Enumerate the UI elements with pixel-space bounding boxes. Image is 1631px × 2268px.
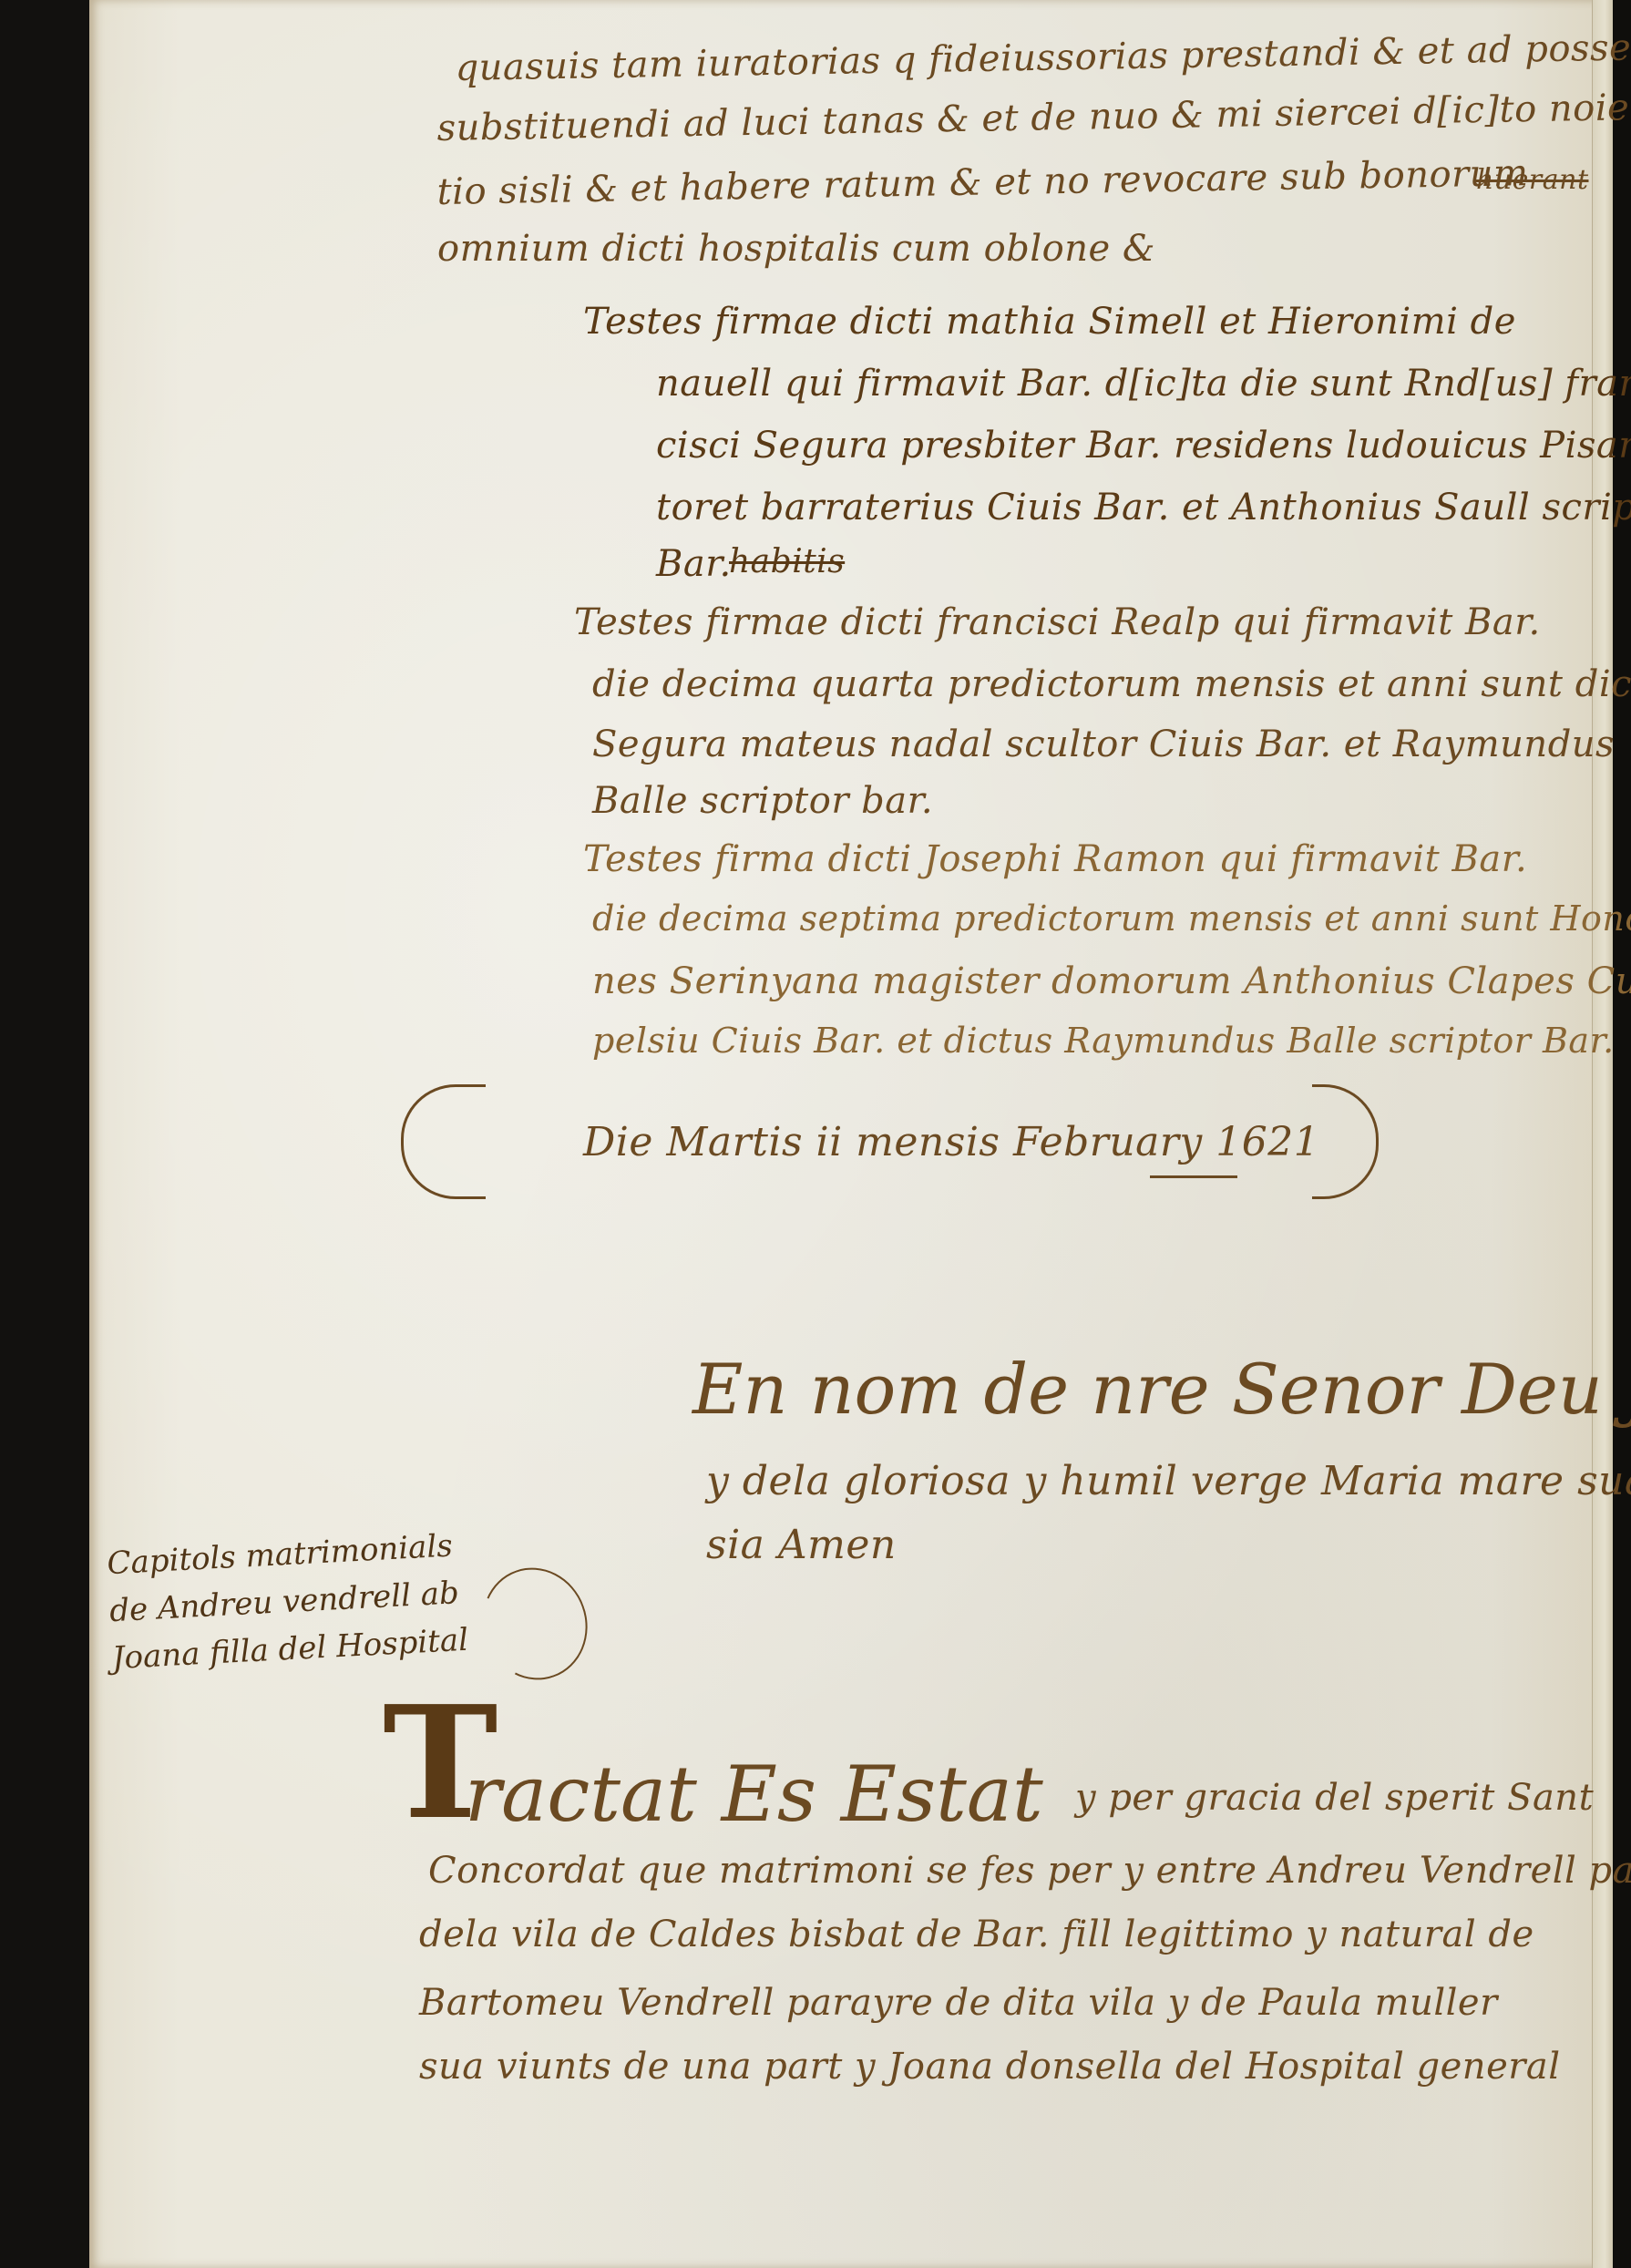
invocation-line-2: y dela gloriosa y humil verge Maria mare… [706, 1458, 1631, 1504]
invocation-line-3: sia Amen [706, 1522, 897, 1568]
witness-3-line-4: pelsiu Ciuis Bar. et dictus Raymundus Ba… [592, 1021, 1615, 1061]
contract-heading-rest: y per gracia del sperit Sant [1075, 1777, 1594, 1819]
page-edge-right [1592, 0, 1613, 2268]
witness-2-line-4: Balle scriptor bar. [592, 780, 933, 822]
witness-1-line-2: nauell qui firmavit Bar. d[ic]ta die sun… [656, 363, 1631, 405]
book-binding-left [0, 0, 91, 2268]
witness-2-line-1: Testes firmae dicti francisci Realp qui … [574, 601, 1541, 643]
witness-3-line-1: Testes firma dicti Josephi Ramon qui fir… [583, 838, 1527, 880]
struck-word-latin: huerant [1476, 164, 1589, 196]
struck-word-witness-1: habitis [729, 543, 845, 580]
witness-2-line-3: Segura mateus nadal scultor Ciuis Bar. e… [592, 724, 1615, 765]
witness-3-line-3: nes Serinyana magister domorum Anthonius… [592, 960, 1631, 1002]
contract-line-1: Concordat que matrimoni se fes per y ent… [428, 1850, 1631, 1892]
contract-heading: ractat Es Estat [465, 1750, 1043, 1839]
witness-1-line-5: Bar. [656, 543, 732, 585]
contract-line-2: dela vila de Caldes bisbat de Bar. fill … [419, 1914, 1534, 1955]
invocation-line-1: En nom de nre Senor Deu Jesuxpt [692, 1349, 1631, 1430]
latin-line-4: omnium dicti hospitalis cum oblone & [437, 228, 1155, 270]
witness-1-line-1: Testes firmae dicti mathia Simell et Hie… [583, 301, 1516, 343]
margin-note: Capitols matrimonials de Andreu vendrell… [106, 1522, 469, 1682]
contract-line-4: sua viunts de una part y Joana donsella … [419, 2046, 1561, 2088]
witness-3-line-2: die decima septima predictorum mensis et… [592, 898, 1631, 939]
contract-line-3: Bartomeu Vendrell parayre de dita vila y… [419, 1982, 1498, 2024]
witness-1-line-4: toret barraterius Ciuis Bar. et Anthoniu… [656, 487, 1631, 529]
year-underline [1150, 1175, 1237, 1178]
witness-2-line-2: die decima quarta predictorum mensis et … [592, 663, 1631, 705]
date-line: Die Martis ii mensis February 1621 [583, 1119, 1319, 1165]
witness-1-line-3: cisci Segura presbiter Bar. residens lud… [656, 425, 1631, 467]
